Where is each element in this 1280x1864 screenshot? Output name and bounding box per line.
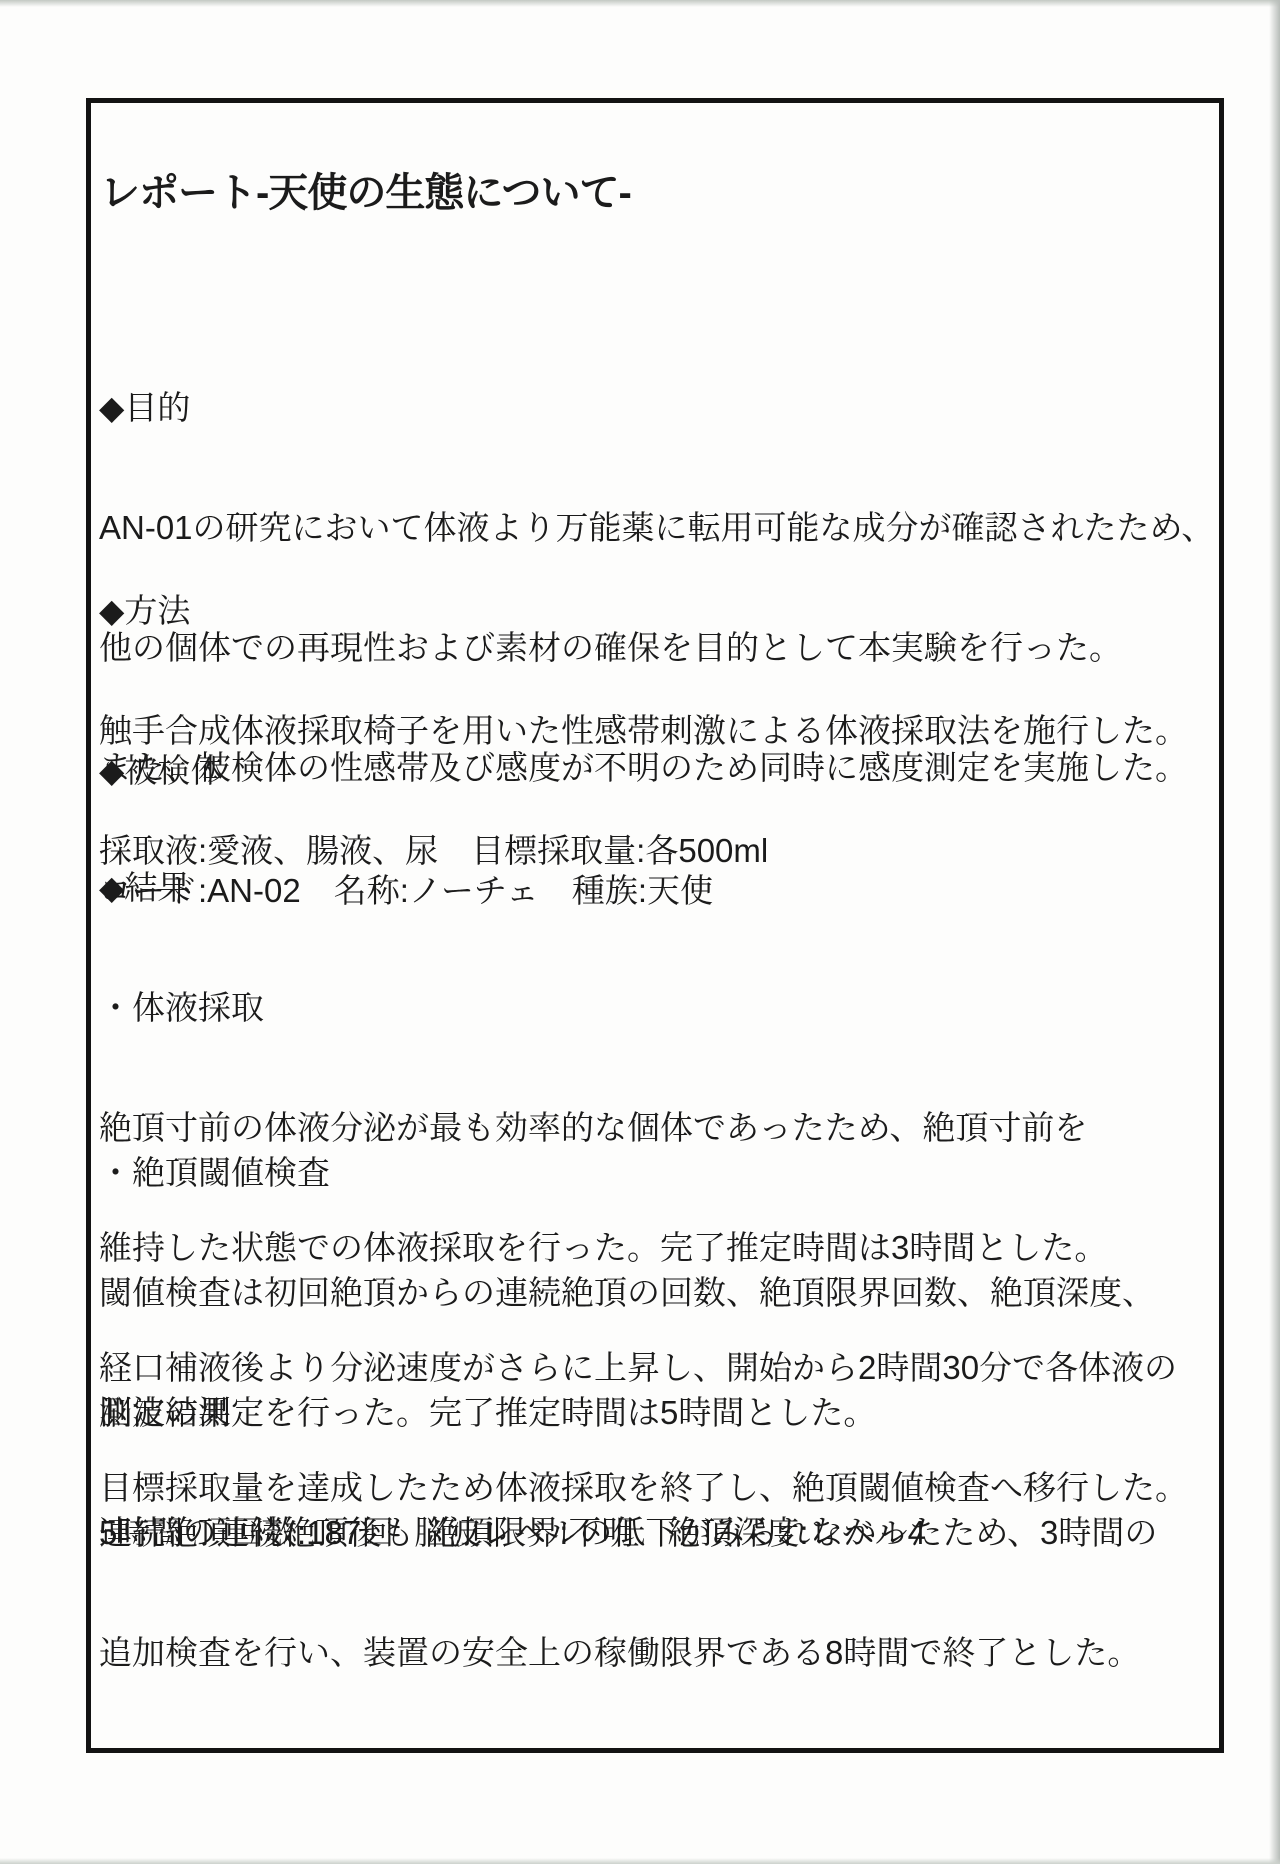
- report-line: 連続絶頂回数:187回 絶頂限界:不明 絶頂深度:レベル4: [99, 1513, 926, 1553]
- section-measurement-results: 測定結果 連続絶頂回数:187回 絶頂限界:不明 絶頂深度:レベル4: [99, 1313, 926, 1633]
- report-line: 追加検査を行い、装置の安全上の稼働限界である8時間で終了とした。: [99, 1633, 1157, 1673]
- scanned-report-page: レポート-天使の生態について- ◆目的 AN-01の研究において体液より万能薬に…: [0, 0, 1280, 1864]
- section-heading-purpose: ◆目的: [99, 388, 1214, 428]
- subsection-heading-threshold-test: ・絶頂閾値検査: [99, 1153, 1157, 1193]
- section-heading-results: ◆結果: [99, 868, 1188, 908]
- scan-edge-bottom: [0, 1858, 1280, 1864]
- subsection-heading-fluid-collection: ・体液採取: [99, 988, 1188, 1028]
- scan-edge-right: [1269, 0, 1280, 1864]
- section-heading-method: ◆方法: [99, 591, 1188, 631]
- section-heading-subject: ◆被検体: [99, 751, 713, 791]
- subsection-heading-measurement: 測定結果: [99, 1393, 926, 1433]
- report-title: レポート-天使の生態について-: [100, 167, 631, 219]
- report-line: 閾値検査は初回絶頂からの連続絶頂の回数、絶頂限界回数、絶頂深度、: [99, 1273, 1157, 1313]
- scan-edge-top: [0, 0, 1280, 7]
